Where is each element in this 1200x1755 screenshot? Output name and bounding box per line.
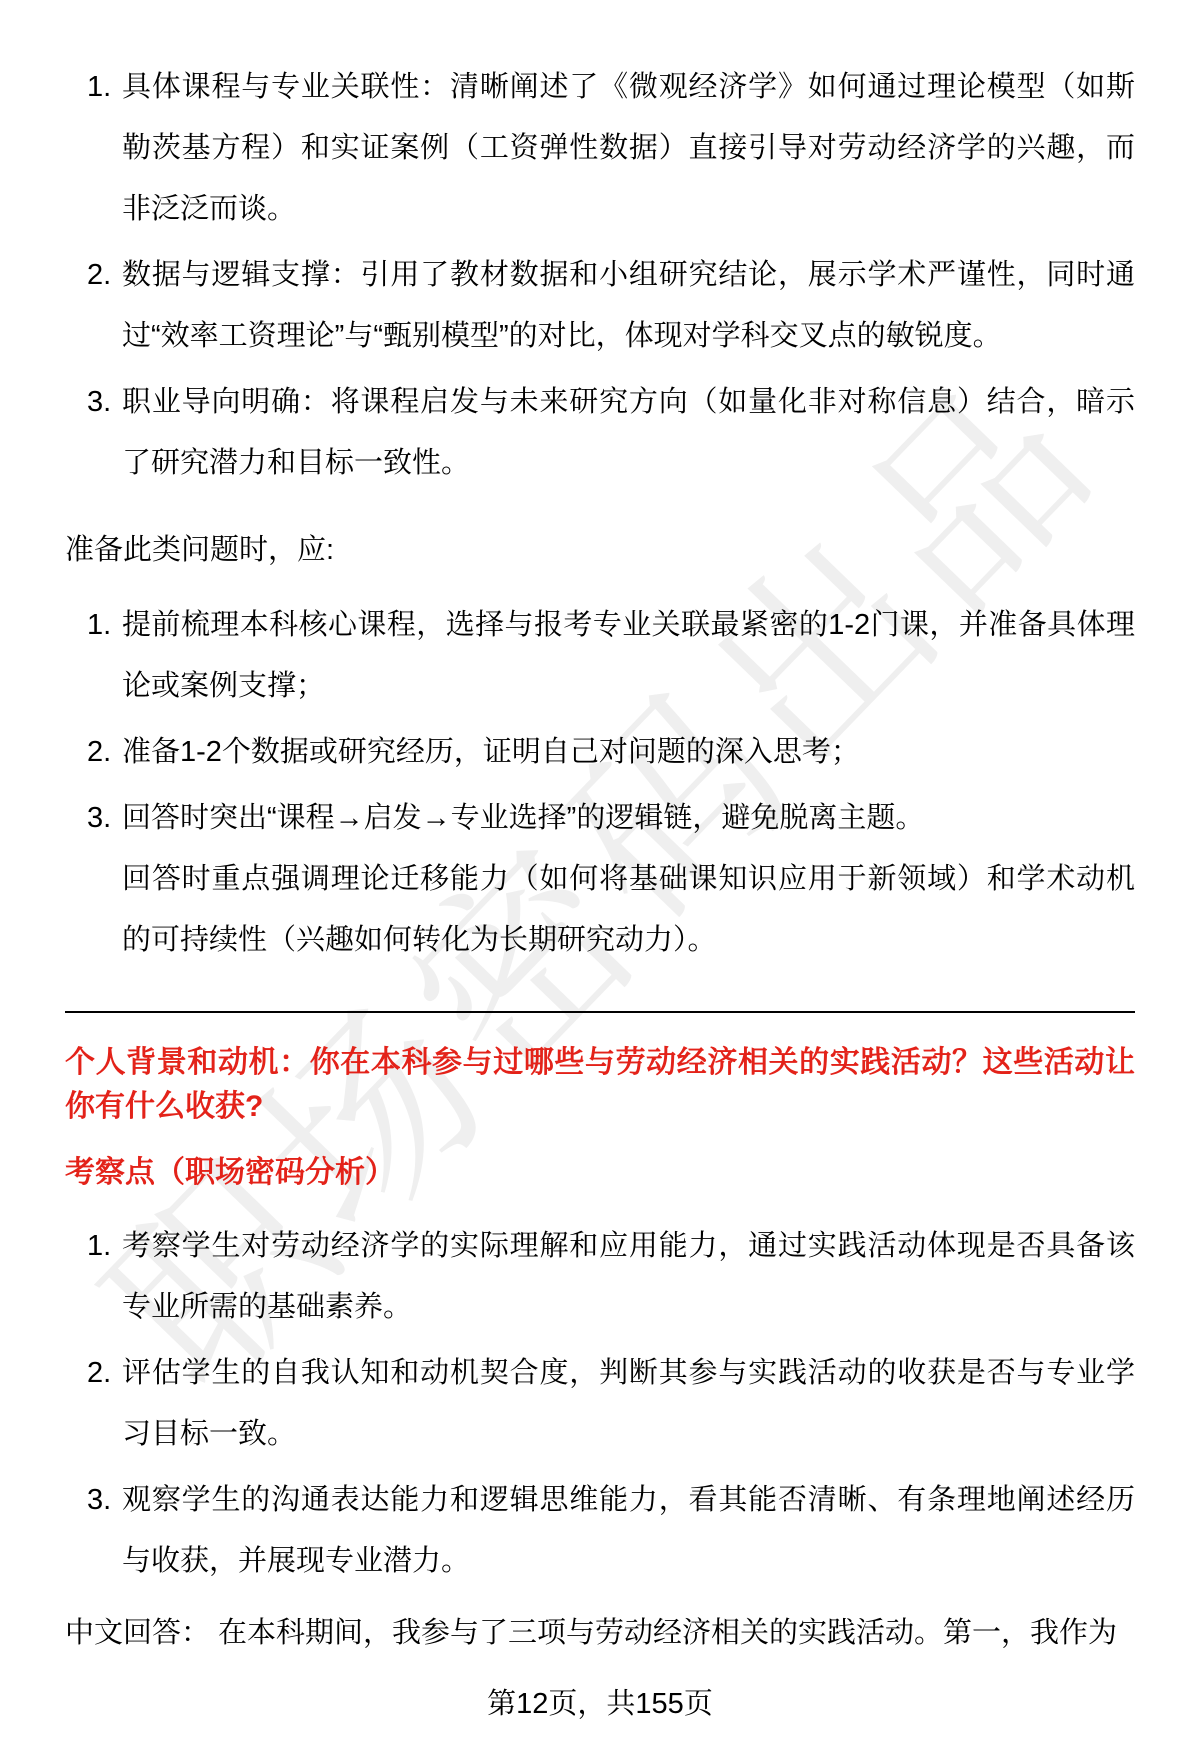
page-content: 1. 具体课程与专业关联性：清晰阐述了《微观经济学》如何通过理论模型（如斯勒茨基… (0, 0, 1200, 1724)
list-item: 2. 准备1-2个数据或研究经历，证明自己对问题的深入思考； (65, 722, 1135, 783)
strength-points-list: 1. 具体课程与专业关联性：清晰阐述了《微观经济学》如何通过理论模型（如斯勒茨基… (65, 57, 1135, 494)
list-number: 3. (87, 788, 122, 971)
page-number: 第12页，共155页 (65, 1684, 1135, 1724)
analysis-points-list: 1. 考察学生对劳动经济学的实际理解和应用能力，通过实践活动体现是否具备该专业所… (65, 1216, 1135, 1592)
list-text: 职业导向明确：将课程启发与未来研究方向（如量化非对称信息）结合，暗示了研究潜力和… (122, 372, 1135, 494)
list-number: 2. (87, 1343, 122, 1465)
list-item: 3. 观察学生的沟通表达能力和逻辑思维能力，看其能否清晰、有条理地阐述经历与收获… (65, 1470, 1135, 1592)
analysis-heading: 考察点（职场密码分析） (65, 1151, 1135, 1195)
list-number: 3. (87, 1470, 122, 1592)
list-number: 1. (87, 595, 122, 717)
list-text-line: 回答时突出“课程→启发→专业选择”的逻辑链，避免脱离主题。 (122, 788, 1135, 849)
list-text: 回答时突出“课程→启发→专业选择”的逻辑链，避免脱离主题。 回答时重点强调理论迁… (122, 788, 1135, 971)
answer-paragraph: 中文回答： 在本科期间，我参与了三项与劳动经济相关的实践活动。第一，我作为 (65, 1603, 1135, 1664)
list-text: 准备1-2个数据或研究经历，证明自己对问题的深入思考； (122, 722, 1135, 783)
list-text: 数据与逻辑支撑：引用了教材数据和小组研究结论，展示学术严谨性，同时通过“效率工资… (122, 245, 1135, 367)
question-heading: 个人背景和动机：你在本科参与过哪些与劳动经济相关的实践活动？这些活动让你有什么收… (65, 1041, 1135, 1129)
document-page: 职场密码出品 1. 具体课程与专业关联性：清晰阐述了《微观经济学》如何通过理论模… (0, 0, 1200, 1755)
prep-steps-list: 1. 提前梳理本科核心课程，选择与报考专业关联最紧密的1-2门课，并准备具体理论… (65, 595, 1135, 971)
list-text: 考察学生对劳动经济学的实际理解和应用能力，通过实践活动体现是否具备该专业所需的基… (122, 1216, 1135, 1338)
list-number: 3. (87, 372, 122, 494)
list-number: 1. (87, 1216, 122, 1338)
list-text: 具体课程与专业关联性：清晰阐述了《微观经济学》如何通过理论模型（如斯勒茨基方程）… (122, 57, 1135, 240)
list-text: 提前梳理本科核心课程，选择与报考专业关联最紧密的1-2门课，并准备具体理论或案例… (122, 595, 1135, 717)
list-item: 1. 提前梳理本科核心课程，选择与报考专业关联最紧密的1-2门课，并准备具体理论… (65, 595, 1135, 717)
list-item: 3. 回答时突出“课程→启发→专业选择”的逻辑链，避免脱离主题。 回答时重点强调… (65, 788, 1135, 971)
list-text-continuation: 回答时重点强调理论迁移能力（如何将基础课知识应用于新领域）和学术动机的可持续性（… (122, 849, 1135, 971)
prep-intro-paragraph: 准备此类问题时，应: (65, 520, 1135, 581)
list-text: 评估学生的自我认知和动机契合度，判断其参与实践活动的收获是否与专业学习目标一致。 (122, 1343, 1135, 1465)
list-item: 2. 数据与逻辑支撑：引用了教材数据和小组研究结论，展示学术严谨性，同时通过“效… (65, 245, 1135, 367)
list-item: 2. 评估学生的自我认知和动机契合度，判断其参与实践活动的收获是否与专业学习目标… (65, 1343, 1135, 1465)
list-item: 1. 考察学生对劳动经济学的实际理解和应用能力，通过实践活动体现是否具备该专业所… (65, 1216, 1135, 1338)
list-number: 2. (87, 722, 122, 783)
list-item: 1. 具体课程与专业关联性：清晰阐述了《微观经济学》如何通过理论模型（如斯勒茨基… (65, 57, 1135, 240)
list-number: 2. (87, 245, 122, 367)
list-text: 观察学生的沟通表达能力和逻辑思维能力，看其能否清晰、有条理地阐述经历与收获，并展… (122, 1470, 1135, 1592)
list-item: 3. 职业导向明确：将课程启发与未来研究方向（如量化非对称信息）结合，暗示了研究… (65, 372, 1135, 494)
section-divider (65, 1011, 1135, 1013)
list-number: 1. (87, 57, 122, 240)
